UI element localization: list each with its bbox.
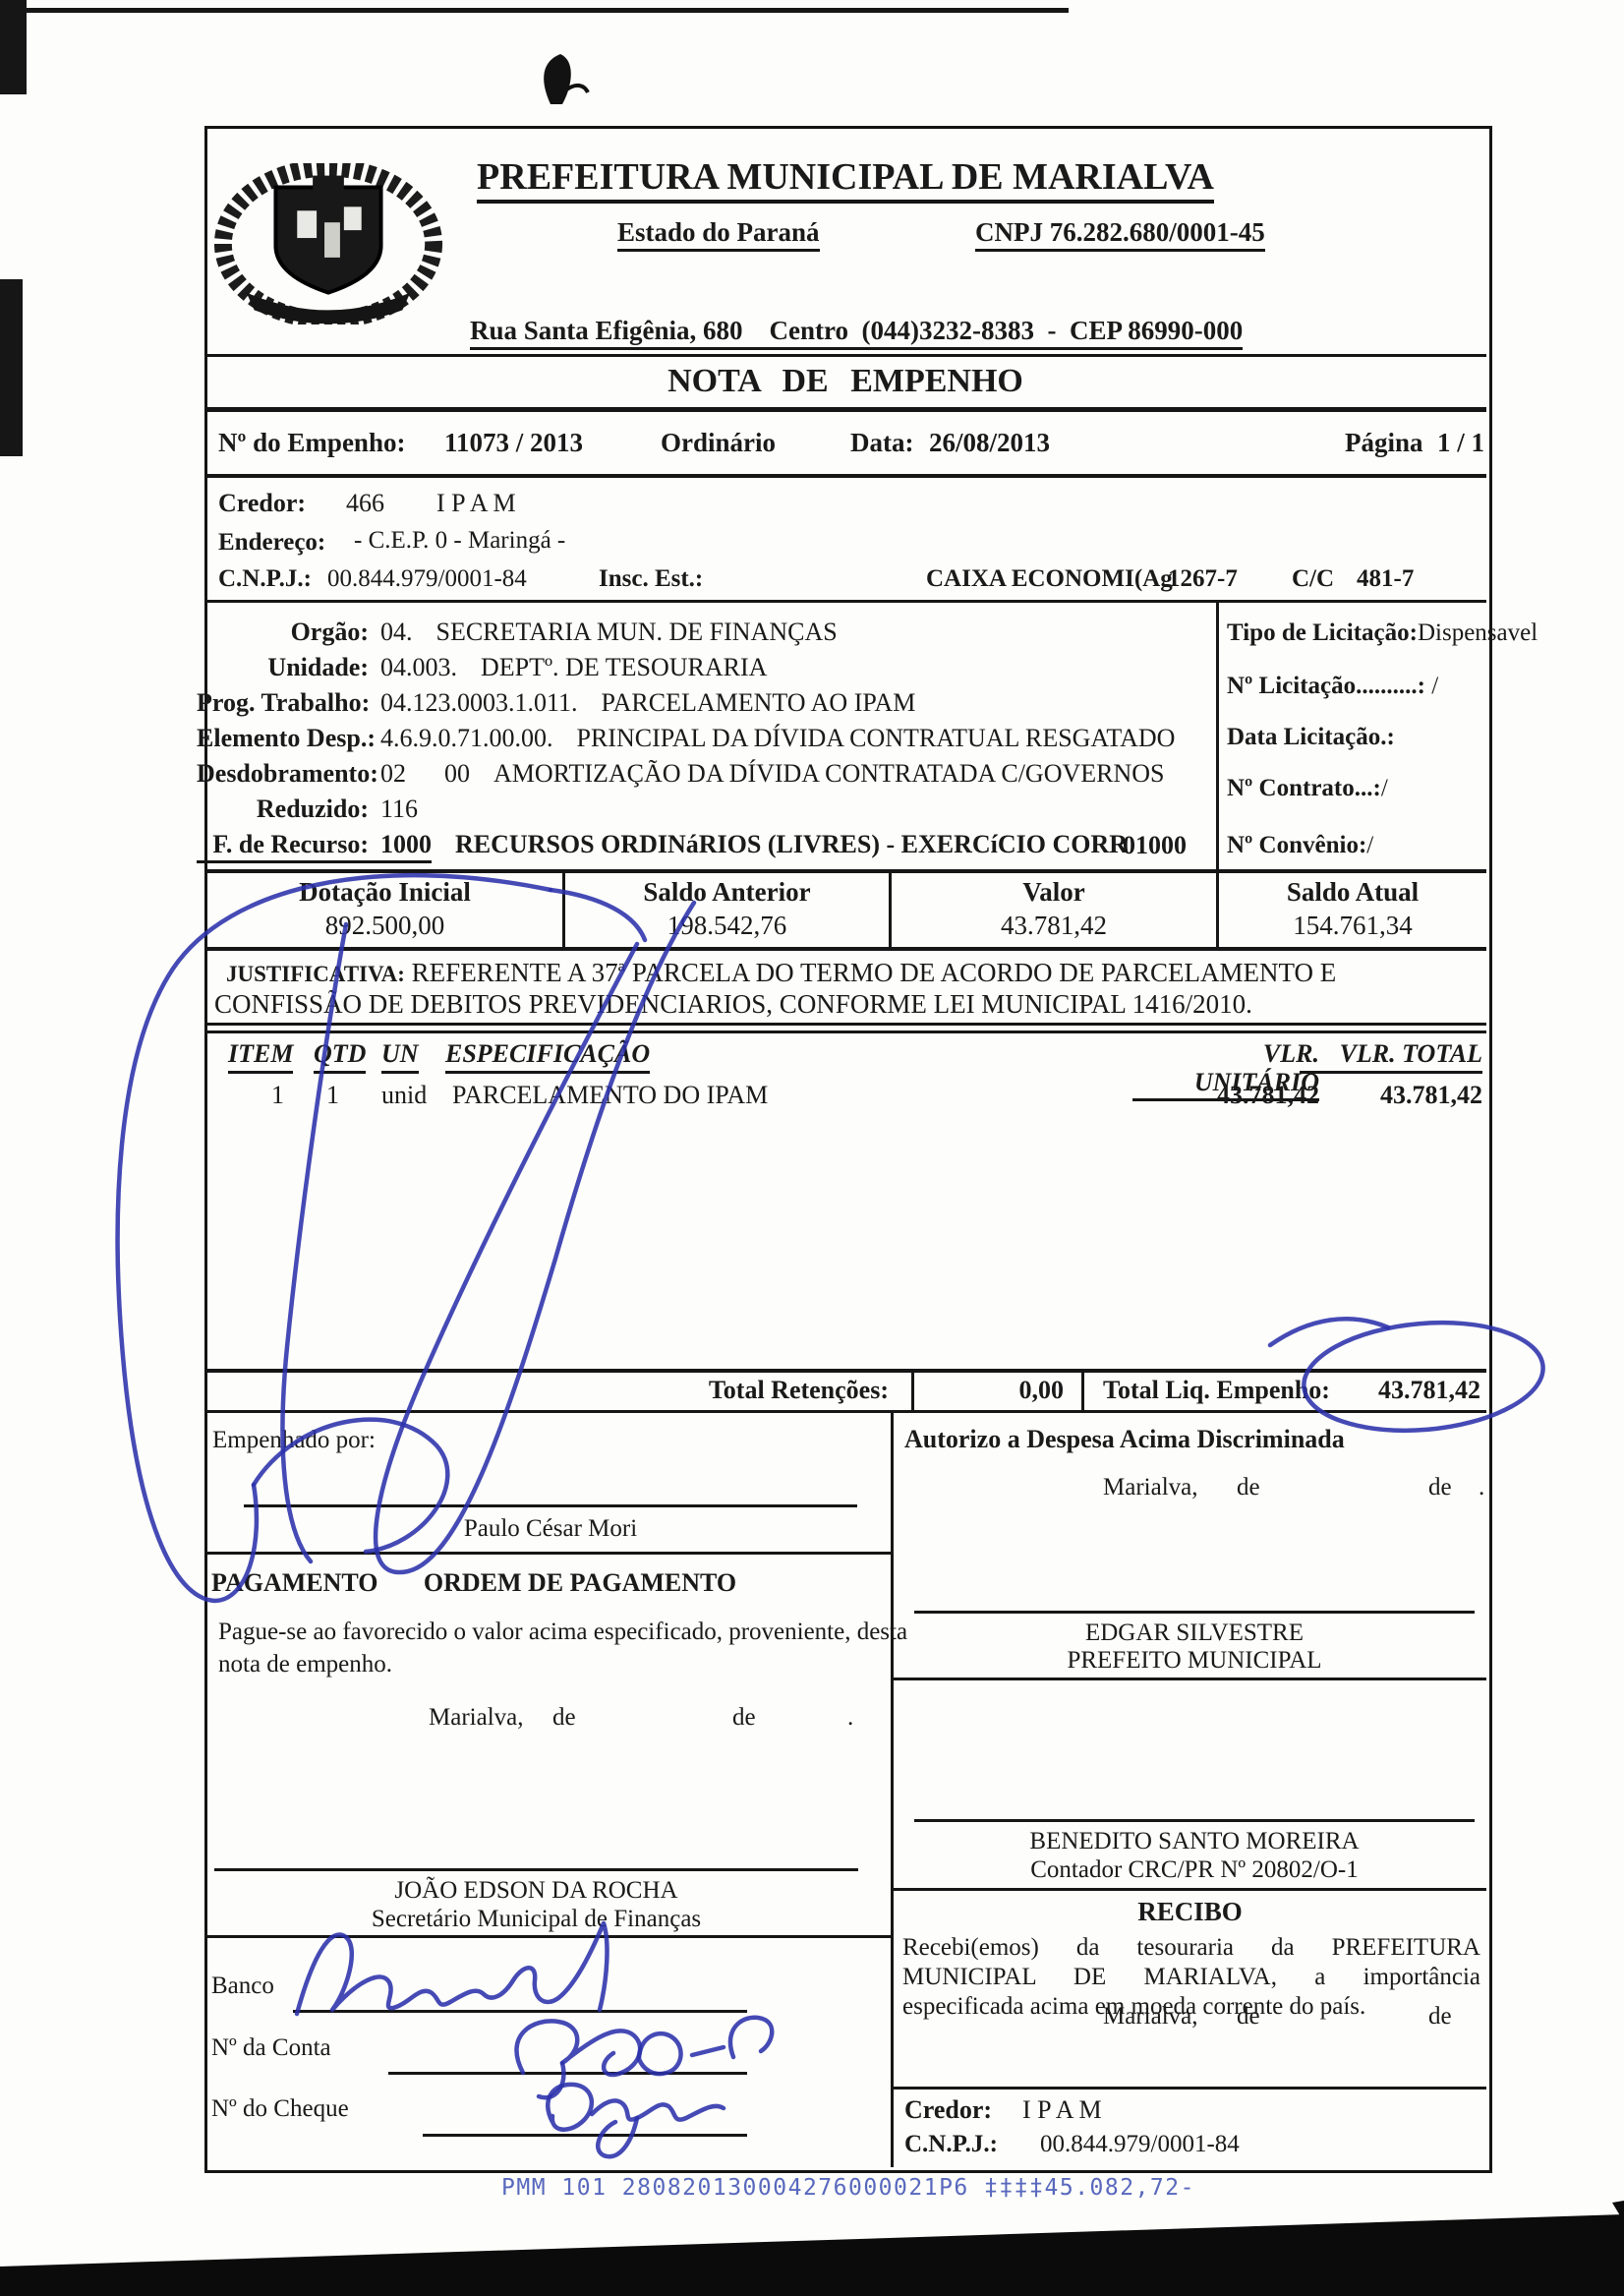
scan-artifact-left-edge (0, 279, 23, 456)
valor-value: 43.781,42 (892, 912, 1216, 941)
scan-artifact-top-left (0, 0, 27, 94)
credor-label: Credor: (218, 490, 306, 518)
pagamento-de2: de (732, 1703, 756, 1733)
totais-divider-2 (1081, 1373, 1084, 1410)
totais-divider-1 (911, 1373, 914, 1410)
cnpj-label: C.N.P.J.: (218, 564, 312, 594)
dot-matrix-footer: PMM 101 280820130004276000021P6 ‡‡‡‡45.0… (501, 2175, 1195, 2201)
secretario-nome: JOÃO EDSON DA ROCHA (214, 1876, 858, 1906)
dotacao-inicial-value: 892.500,00 (207, 912, 562, 941)
cheque-label: Nº do Cheque (211, 2094, 349, 2124)
total-liq-label: Total Liq. Empenho: (1103, 1377, 1330, 1405)
autorizo-de2: de (1428, 1473, 1452, 1502)
org-phone: (044)3232-8383 (862, 316, 1034, 345)
class-row-reduzido: Reduzido:116 (197, 795, 418, 824)
cheque-fill-line (423, 2134, 747, 2137)
org-district: Centro (770, 316, 849, 345)
class-row-desdobramento: Desdobramento:02 00AMORTIZAÇÃO DA DÍVIDA… (197, 759, 1165, 789)
pagamento-texto-l1: Pague-se ao favorecido o valor acima esp… (218, 1618, 907, 1647)
item-number: 1 (271, 1082, 284, 1110)
item-vlr-total: 43.781,42 (1286, 1082, 1482, 1110)
recibo-cnpj-value: 00.844.979/0001-84 (1040, 2130, 1240, 2159)
col-header-item: ITEM (228, 1040, 293, 1074)
class-row-recurso: F. de Recurso:1000RECURSOS ORDINáRIOS (L… (197, 830, 1128, 859)
credor-code: 466 (346, 490, 384, 518)
col-header-vlr-total: VLR. TOTAL (1300, 1040, 1482, 1074)
endereco-value: - C.E.P. 0 - Maringá - (354, 526, 565, 556)
saldo-anterior-label: Saldo Anterior (565, 878, 889, 908)
cnpj-value: 00.844.979/0001-84 (327, 564, 527, 594)
contador-cargo: Contador CRC/PR Nº 20802/O-1 (914, 1855, 1475, 1885)
class-row-prog-trabalho: Prog. Trabalho:04.123.0003.1.011.PARCELA… (197, 688, 915, 718)
class-row-elemento: Elemento Desp.:4.6.9.0.71.00.00.PRINCIPA… (197, 724, 1175, 753)
class-row-orgao: Orgão:04.SECRETARIA MUN. DE FINANÇAS (197, 618, 838, 647)
divider-contador (894, 1888, 1486, 1891)
empenho-number-label: Nº do Empenho: (218, 429, 405, 458)
secretario-cargo: Secretário Municipal de Finanças (214, 1905, 858, 1934)
justificativa-label: JUSTIFICATIVA: (226, 962, 405, 986)
conta-fill-line (388, 2072, 747, 2075)
org-state: Estado do Paraná (617, 218, 820, 248)
dotacao-inicial-label: Dotação Inicial (207, 878, 562, 908)
divider-dotacao (204, 947, 1486, 951)
municipal-coat-of-arms (211, 163, 445, 324)
autorizo-label: Autorizo a Despesa Acima Discriminada (904, 1426, 1345, 1454)
autorizo-dot: . (1479, 1473, 1484, 1502)
divider-classificacao (204, 869, 1486, 873)
pagamento-texto-l2: nota de empenho. (218, 1650, 392, 1679)
page-number: 1 / 1 (1437, 429, 1484, 458)
empenho-date-label: Data: (850, 429, 913, 458)
col-header-qtd: QTD (314, 1040, 366, 1074)
licitacao-numero: Nº Licitação..........: / (1227, 673, 1438, 700)
ordem-pagamento-title: ORDEM DE PAGAMENTO (374, 1569, 786, 1598)
divider-credor (204, 600, 1486, 603)
org-sep: - (1048, 316, 1057, 345)
total-retencoes-value: 0,00 (944, 1377, 1064, 1405)
scanned-nota-de-empenho: PREFEITURA MUNICIPAL DE MARIALVA Estado … (0, 0, 1624, 2296)
banco-fill-line (293, 2010, 747, 2013)
sig-line-secretario (214, 1868, 858, 1871)
scan-artifact-top-line (25, 8, 1069, 13)
col-header-especificacao: ESPECIFICAÇÃO (445, 1040, 650, 1074)
divider-banco-top (204, 1935, 893, 1938)
divider-empenho (204, 474, 1486, 478)
empenhado-nome: Paulo César Mori (244, 1514, 857, 1544)
recibo-de2: de (1428, 2002, 1452, 2031)
empenhado-por-label: Empenhado por: (212, 1426, 376, 1455)
empenho-modality: Ordinário (661, 429, 776, 458)
recibo-city: Marialva, (1103, 2002, 1197, 2031)
conta-label: Nº da Conta (211, 2033, 331, 2063)
org-address: Rua Santa Efigênia, 680 (470, 316, 743, 345)
org-address-line: Rua Santa Efigênia, 680 Centro (044)3232… (470, 317, 1243, 346)
divider-header (204, 354, 1486, 357)
col-header-un: UN (381, 1040, 419, 1074)
agencia-value: 1267-7 (1168, 564, 1238, 594)
saldo-anterior-value: 198.542,76 (565, 912, 889, 941)
item-especificacao: PARCELAMENTO DO IPAM (452, 1082, 768, 1110)
justificativa-line2: CONFISSÃO DE DEBITOS PREVIDENCIARIOS, CO… (214, 989, 1252, 1020)
credor-name: I P A M (436, 490, 516, 518)
pagamento-city: Marialva, (429, 1703, 523, 1733)
divider-prefeito (894, 1678, 1486, 1680)
empenho-number: 11073 / 2013 (444, 429, 583, 458)
cc-value: 481-7 (1357, 564, 1414, 594)
item-un: unid (381, 1082, 427, 1110)
divider-recibo-credor (894, 2087, 1486, 2090)
sig-line-prefeito (914, 1611, 1475, 1614)
prefeito-nome: EDGAR SILVESTRE (914, 1619, 1475, 1648)
total-liq-value: 43.781,42 (1298, 1377, 1480, 1405)
pagamento-title: PAGAMENTO (211, 1569, 377, 1598)
recibo-credor-label: Credor: (904, 2096, 992, 2125)
autorizo-de1: de (1237, 1473, 1260, 1502)
divider-justificativa-b (204, 1030, 1486, 1033)
item-qtd: 1 (326, 1082, 339, 1110)
sig-line-empenhado (244, 1504, 857, 1507)
saldo-atual-label: Saldo Atual (1219, 878, 1486, 908)
empenho-date: 26/08/2013 (929, 429, 1050, 458)
divider-licitacao-col (1216, 600, 1219, 872)
org-name-title: PREFEITURA MUNICIPAL DE MARIALVA (477, 156, 1214, 204)
divider-justificativa-a (204, 1023, 1486, 1026)
licitacao-contrato: Nº Contrato...:/ (1227, 775, 1388, 802)
endereco-label: Endereço: (218, 528, 325, 558)
pagamento-dot: . (847, 1703, 853, 1733)
recibo-title: RECIBO (894, 1898, 1486, 1927)
divider-pagamento-top (204, 1552, 893, 1555)
banco-credor: CAIXA ECONOMI(Ag (926, 564, 1173, 594)
licitacao-tipo: Tipo de Licitação:Dispensavel (1227, 619, 1537, 647)
contador-nome: BENEDITO SANTO MOREIRA (914, 1827, 1475, 1856)
divider-title (204, 407, 1486, 412)
total-retencoes-label: Total Retenções: (629, 1377, 889, 1405)
recibo-cnpj-label: C.N.P.J.: (904, 2130, 998, 2159)
prefeito-cargo: PREFEITO MUNICIPAL (914, 1646, 1475, 1676)
class-row-unidade: Unidade:04.003.DEPTº. DE TESOURARIA (197, 653, 767, 682)
divider-itens (204, 1369, 1486, 1373)
org-cep: CEP 86990-000 (1070, 316, 1243, 345)
sig-line-contador (914, 1819, 1475, 1822)
page-label: Página (1345, 429, 1423, 458)
divider-lower-col (891, 1410, 894, 2167)
pagamento-de1: de (552, 1703, 576, 1733)
divider-totais (204, 1410, 1486, 1413)
recurso-extra-code: 01000 (1123, 832, 1187, 860)
licitacao-convenio: Nº Convênio:/ (1227, 832, 1373, 859)
recibo-credor-value: I P A M (1022, 2096, 1102, 2125)
saldo-atual-value: 154.761,34 (1219, 912, 1486, 941)
org-header: PREFEITURA MUNICIPAL DE MARIALVA (462, 155, 1229, 199)
valor-label: Valor (892, 878, 1216, 908)
banco-label: Banco (211, 1972, 274, 2001)
org-cnpj: CNPJ 76.282.680/0001-45 (975, 218, 1265, 248)
doc-title: NOTA DE EMPENHO (204, 363, 1486, 400)
licitacao-data: Data Licitação.: (1227, 724, 1395, 751)
recibo-de1: de (1237, 2002, 1260, 2031)
autorizo-city: Marialva, (1103, 1473, 1197, 1502)
insc-est-label: Insc. Est.: (599, 564, 703, 594)
cc-label: C/C (1292, 564, 1334, 594)
justificativa-line1: JUSTIFICATIVA: REFERENTE A 37ª PARCELA D… (226, 958, 1336, 988)
